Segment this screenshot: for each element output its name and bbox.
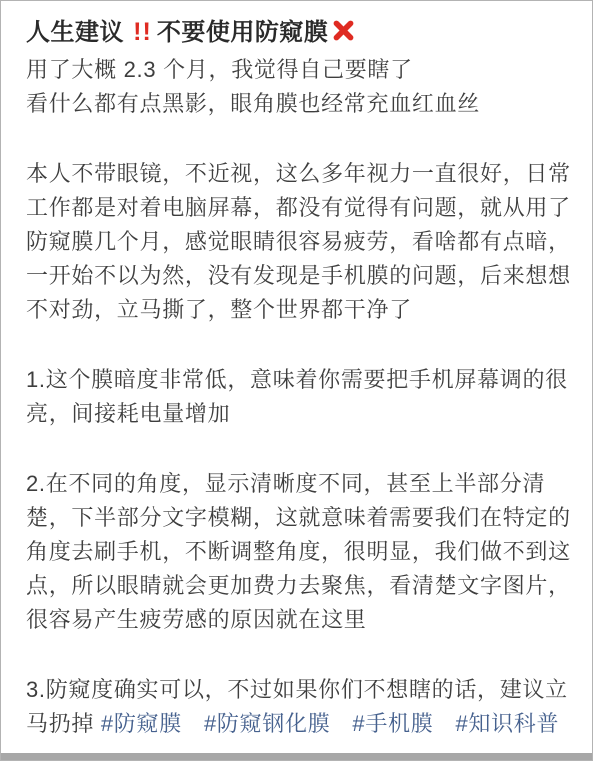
- paragraph: 3.防窥度确实可以，不过如果你们不想瞎的话，建议立马扔掉 #防窥膜#防窥钢化膜#…: [26, 673, 570, 741]
- line-text: 本人不带眼镜，不近视，这么多年视力一直很好，日常: [26, 161, 571, 186]
- hashtag-link[interactable]: #防窥钢化膜: [204, 711, 330, 736]
- paragraph: 用了大概 2.3 个月，我觉得自己要瞎了看什么都有点黑影，眼角膜也经常充血红血丝: [26, 53, 570, 121]
- line-text: 马扔掉: [26, 711, 101, 736]
- bottom-edge-bar: [1, 753, 592, 760]
- post-content: 人生建议 !!不要使用防窥膜 用了大概 2.3 个月，我觉得自己要瞎了看什么都有…: [1, 1, 592, 741]
- text-line: 用了大概 2.3 个月，我觉得自己要瞎了: [26, 53, 570, 87]
- paragraph: 1.这个膜暗度非常低，意味着你需要把手机屏幕调的很亮，间接耗电量增加: [26, 363, 570, 431]
- title-text-main: 不要使用防窥膜: [157, 19, 329, 46]
- line-text: 看什么都有点黑影，眼角膜也经常充血红血丝: [26, 91, 480, 116]
- text-line: 看什么都有点黑影，眼角膜也经常充血红血丝: [26, 87, 570, 121]
- text-line: 角度去刷手机，不断调整角度，很明显，我们做不到这: [26, 535, 570, 569]
- line-text: 不对劲，立马撕了，整个世界都干净了: [26, 297, 412, 322]
- line-text: 点，所以眼睛就会更加费力去聚焦，看清楚文字图片，: [26, 573, 571, 598]
- hashtag-link[interactable]: #知识科普: [455, 711, 559, 736]
- hashtag-link[interactable]: #手机膜: [352, 711, 433, 736]
- post-page: 人生建议 !!不要使用防窥膜 用了大概 2.3 个月，我觉得自己要瞎了看什么都有…: [0, 0, 593, 761]
- text-line: 马扔掉 #防窥膜#防窥钢化膜#手机膜#知识科普: [26, 707, 570, 741]
- text-line: 亮，间接耗电量增加: [26, 397, 570, 431]
- text-line: 点，所以眼睛就会更加费力去聚焦，看清楚文字图片，: [26, 569, 570, 603]
- text-line: 3.防窥度确实可以，不过如果你们不想瞎的话，建议立: [26, 673, 570, 707]
- post-body: 用了大概 2.3 个月，我觉得自己要瞎了看什么都有点黑影，眼角膜也经常充血红血丝…: [26, 53, 570, 741]
- line-text: 1.这个膜暗度非常低，意味着你需要把手机屏幕调的很: [26, 367, 568, 392]
- paragraph: 本人不带眼镜，不近视，这么多年视力一直很好，日常工作都是对着电脑屏幕，都没有觉得…: [26, 157, 570, 327]
- post-title: 人生建议 !!不要使用防窥膜: [26, 14, 570, 51]
- red-cross-icon: [331, 18, 356, 43]
- text-line: 一开始不以为然，没有发现是手机膜的问题，后来想想: [26, 259, 570, 293]
- line-text: 3.防窥度确实可以，不过如果你们不想瞎的话，建议立: [26, 677, 568, 702]
- text-line: 防窥膜几个月，感觉眼睛很容易疲劳，看啥都有点暗，: [26, 225, 570, 259]
- line-text: 很容易产生疲劳感的原因就在这里: [26, 607, 367, 632]
- line-text: 亮，间接耗电量增加: [26, 401, 230, 426]
- title-text-lead: 人生建议: [26, 19, 131, 46]
- line-text: 楚，下半部分文字模糊，这就意味着需要我们在特定的: [26, 505, 571, 530]
- line-text: 用了大概 2.3 个月，我觉得自己要瞎了: [26, 57, 413, 82]
- text-line: 2.在不同的角度，显示清晰度不同，甚至上半部分清: [26, 467, 570, 501]
- line-text: 一开始不以为然，没有发现是手机膜的问题，后来想想: [26, 263, 571, 288]
- paragraph: 2.在不同的角度，显示清晰度不同，甚至上半部分清楚，下半部分文字模糊，这就意味着…: [26, 467, 570, 637]
- text-line: 楚，下半部分文字模糊，这就意味着需要我们在特定的: [26, 501, 570, 535]
- text-line: 工作都是对着电脑屏幕，都没有觉得有问题，就从用了: [26, 191, 570, 225]
- line-text: 工作都是对着电脑屏幕，都没有觉得有问题，就从用了: [26, 195, 571, 220]
- line-text: 防窥膜几个月，感觉眼睛很容易疲劳，看啥都有点暗，: [26, 229, 571, 254]
- hashtag-link[interactable]: #防窥膜: [101, 711, 182, 736]
- line-text: 角度去刷手机，不断调整角度，很明显，我们做不到这: [26, 539, 571, 564]
- double-exclamation-icon: !!: [133, 18, 152, 46]
- text-line: 不对劲，立马撕了，整个世界都干净了: [26, 293, 570, 327]
- text-line: 1.这个膜暗度非常低，意味着你需要把手机屏幕调的很: [26, 363, 570, 397]
- text-line: 很容易产生疲劳感的原因就在这里: [26, 603, 570, 637]
- text-line: 本人不带眼镜，不近视，这么多年视力一直很好，日常: [26, 157, 570, 191]
- line-text: 2.在不同的角度，显示清晰度不同，甚至上半部分清: [26, 471, 545, 496]
